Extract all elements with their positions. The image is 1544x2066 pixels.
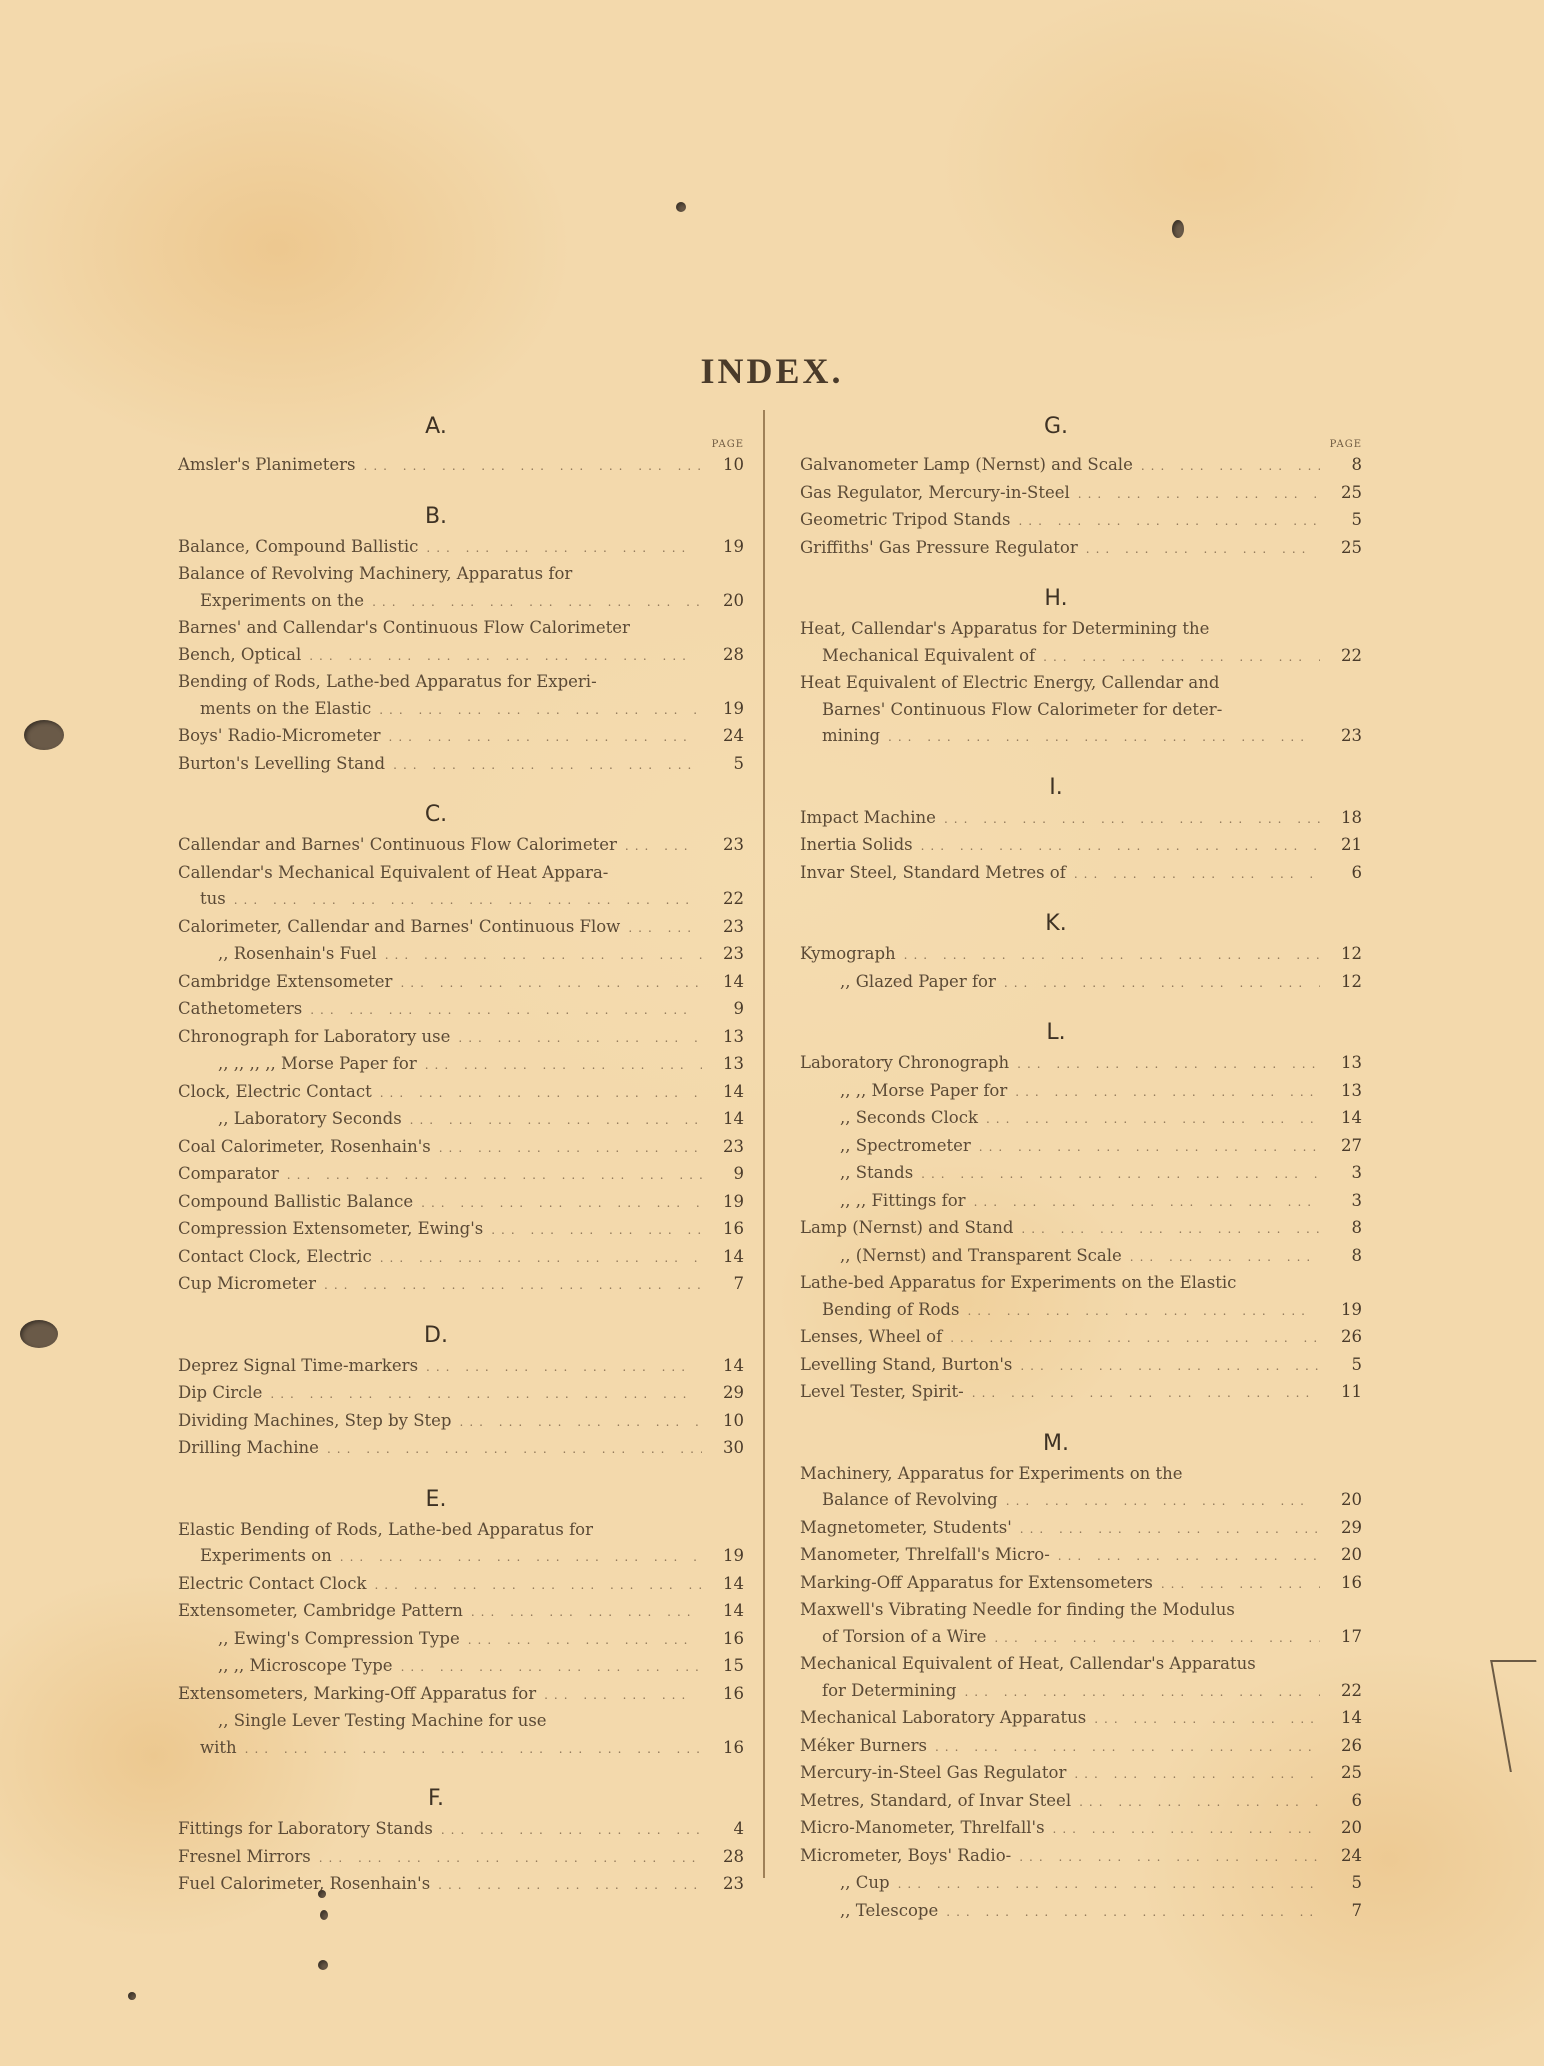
index-entry: Compound Ballistic Balance... ... ... ..… xyxy=(178,1189,744,1217)
dot-leader: ... ... ... ... ... ... ... ... ... ... … xyxy=(898,1871,1320,1898)
index-entry: Boys' Radio-Micrometer... ... ... ... ..… xyxy=(178,723,744,751)
entry-text: ,, Ewing's Compression Type xyxy=(218,1626,460,1653)
dot-leader: ... ... ... ... ... ... ... ... ... ... … xyxy=(1074,1761,1320,1788)
page-title: INDEX. xyxy=(0,350,1544,392)
section-gap xyxy=(800,751,1362,771)
dot-leader: ... ... ... ... ... ... ... ... ... ... … xyxy=(921,1161,1320,1188)
dot-leader: ... ... ... ... ... ... ... ... ... ... … xyxy=(1130,1244,1320,1271)
page-number: 7 xyxy=(710,1271,744,1298)
dot-leader: ... ... ... ... ... ... ... ... ... ... … xyxy=(400,970,702,997)
entry-text: ,, Single Lever Testing Machine for use xyxy=(218,1708,547,1735)
entry-text: Extensometer, Cambridge Pattern xyxy=(178,1598,463,1625)
entry-text: Boys' Radio-Micrometer xyxy=(178,723,381,750)
page-number: 8 xyxy=(1328,1243,1362,1270)
index-entry: Level Tester, Spirit-... ... ... ... ...… xyxy=(800,1379,1362,1407)
dot-leader: ... ... ... ... ... ... ... ... ... ... … xyxy=(1019,1844,1320,1871)
entry-text: Cambridge Extensometer xyxy=(178,969,392,996)
index-entry: Comparator... ... ... ... ... ... ... ..… xyxy=(178,1161,744,1189)
entry-text: ,, Laboratory Seconds xyxy=(218,1106,402,1133)
entry-text: Balance of Revolving Machinery, Apparatu… xyxy=(178,561,572,588)
section-letter-heading: I. xyxy=(800,771,1362,805)
page-number: 20 xyxy=(1328,1542,1362,1569)
dot-leader: ... ... ... ... ... ... ... ... ... ... … xyxy=(270,1381,702,1408)
index-entry: ,, Single Lever Testing Machine for usew… xyxy=(178,1708,744,1762)
entry-text: ,, Glazed Paper for xyxy=(840,969,996,996)
index-column-right: G.PAGEGalvanometer Lamp (Nernst) and Sca… xyxy=(800,410,1362,1925)
dot-leader: ... ... ... ... ... ... ... ... ... ... … xyxy=(1053,1816,1320,1843)
entry-text: ,, Telescope xyxy=(840,1898,938,1925)
entry-text: Geometric Tripod Stands xyxy=(800,507,1010,534)
dot-leader: ... ... ... ... ... ... ... ... ... ... … xyxy=(468,1627,702,1654)
entry-text: Balance of Revolving xyxy=(822,1487,998,1514)
page-number: 12 xyxy=(1328,941,1362,968)
page-number: 3 xyxy=(1328,1188,1362,1215)
dot-leader: ... ... ... ... ... ... ... ... ... ... … xyxy=(1141,453,1320,480)
page-number: 5 xyxy=(1328,1352,1362,1379)
page-number: 9 xyxy=(710,996,744,1023)
index-entry: Barnes' and Callendar's Continuous Flow … xyxy=(178,615,744,642)
entry-text: Chronograph for Laboratory use xyxy=(178,1024,450,1051)
dot-leader: ... ... ... ... ... ... ... ... ... ... … xyxy=(327,1436,702,1463)
entry-text: Contact Clock, Electric xyxy=(178,1244,372,1271)
index-entry: Electric Contact Clock... ... ... ... ..… xyxy=(178,1571,744,1599)
page-number: 13 xyxy=(710,1024,744,1051)
entry-text: Galvanometer Lamp (Nernst) and Scale xyxy=(800,452,1133,479)
entry-text: Gas Regulator, Mercury-in-Steel xyxy=(800,480,1070,507)
entry-text: Bending of Rods xyxy=(822,1297,959,1324)
entry-text: with xyxy=(200,1735,237,1762)
index-entry: Callendar and Barnes' Continuous Flow Ca… xyxy=(178,832,744,860)
index-entry: Cup Micrometer... ... ... ... ... ... ..… xyxy=(178,1271,744,1299)
index-entry: ,, Rosenhain's Fuel... ... ... ... ... .… xyxy=(178,941,744,969)
entry-text: Micrometer, Boys' Radio- xyxy=(800,1843,1011,1870)
index-entry: Fresnel Mirrors... ... ... ... ... ... .… xyxy=(178,1844,744,1872)
index-entry: ,, (Nernst) and Transparent Scale... ...… xyxy=(800,1243,1362,1271)
page-number: 5 xyxy=(1328,507,1362,534)
index-entry: Fittings for Laboratory Stands... ... ..… xyxy=(178,1816,744,1844)
section-gap xyxy=(178,1463,744,1483)
entry-text: Impact Machine xyxy=(800,805,936,832)
page-number: 6 xyxy=(1328,1788,1362,1815)
page-number: 4 xyxy=(710,1816,744,1843)
page-number: 6 xyxy=(1328,860,1362,887)
page-number: 20 xyxy=(1328,1815,1362,1842)
entry-text: Callendar and Barnes' Continuous Flow Ca… xyxy=(178,832,617,859)
entry-text: Bench, Optical xyxy=(178,642,301,669)
page-number: 14 xyxy=(710,1079,744,1106)
page-number: 29 xyxy=(1328,1515,1362,1542)
index-entry: Geometric Tripod Stands... ... ... ... .… xyxy=(800,507,1362,535)
dot-leader: ... ... ... ... ... ... ... ... ... ... … xyxy=(1086,536,1320,563)
entry-text: Bending of Rods, Lathe-bed Apparatus for… xyxy=(178,669,597,696)
dot-leader: ... ... ... ... ... ... ... ... ... ... … xyxy=(374,1572,702,1599)
index-entry: Griffiths' Gas Pressure Regulator... ...… xyxy=(800,535,1362,563)
entry-text: ,, (Nernst) and Transparent Scale xyxy=(840,1243,1122,1270)
dot-leader: ... ... ... ... ... ... ... ... ... ... … xyxy=(628,915,702,942)
section-gap xyxy=(800,562,1362,582)
dot-leader: ... ... ... ... ... ... ... ... ... ... … xyxy=(1058,1543,1320,1570)
dot-leader: ... ... ... ... ... ... ... ... ... ... … xyxy=(1017,1051,1320,1078)
index-entry: Heat, Callendar's Apparatus for Determin… xyxy=(800,616,1362,670)
entry-text: Barnes' Continuous Flow Calorimeter for … xyxy=(822,697,1222,724)
page-number: 14 xyxy=(710,1244,744,1271)
section-gap xyxy=(800,1407,1362,1427)
index-entry: Inertia Solids... ... ... ... ... ... ..… xyxy=(800,832,1362,860)
page-number: 7 xyxy=(1328,1898,1362,1925)
page-number: 26 xyxy=(1328,1733,1362,1760)
page-number: 14 xyxy=(1328,1105,1362,1132)
paper-tear xyxy=(1490,1660,1544,1772)
entry-text: Amsler's Planimeters xyxy=(178,452,356,479)
section-letter-heading: F. xyxy=(178,1782,744,1816)
index-entry: Galvanometer Lamp (Nernst) and Scale... … xyxy=(800,452,1362,480)
page-number: 15 xyxy=(710,1653,744,1680)
dot-leader: ... ... ... ... ... ... ... ... ... ... … xyxy=(438,1872,702,1899)
page-number: 14 xyxy=(710,969,744,996)
page-number: 25 xyxy=(1328,480,1362,507)
dot-leader: ... ... ... ... ... ... ... ... ... ... … xyxy=(1015,1079,1320,1106)
entry-text: Coal Calorimeter, Rosenhain's xyxy=(178,1134,431,1161)
index-entry: Extensometer, Cambridge Pattern... ... .… xyxy=(178,1598,744,1626)
dot-leader: ... ... ... ... ... ... ... ... ... ... … xyxy=(441,1817,702,1844)
entry-text: Compound Ballistic Balance xyxy=(178,1189,413,1216)
page-number: 23 xyxy=(710,914,744,941)
index-entry: Heat Equivalent of Electric Energy, Call… xyxy=(800,670,1362,751)
index-entry: Micrometer, Boys' Radio-... ... ... ... … xyxy=(800,1843,1362,1871)
dot-leader: ... ... ... ... ... ... ... ... ... ... … xyxy=(986,1106,1320,1133)
page-number: 14 xyxy=(1328,1705,1362,1732)
dot-leader: ... ... ... ... ... ... ... ... ... ... … xyxy=(426,1354,702,1381)
dot-leader: ... ... ... ... ... ... ... ... ... ... … xyxy=(319,1845,702,1872)
dot-leader: ... ... ... ... ... ... ... ... ... ... … xyxy=(1006,1488,1320,1515)
dot-leader: ... ... ... ... ... ... ... ... ... ... … xyxy=(964,1679,1320,1706)
dot-leader: ... ... ... ... ... ... ... ... ... ... … xyxy=(379,697,702,724)
dot-leader: ... ... ... ... ... ... ... ... ... ... … xyxy=(421,1190,702,1217)
entry-text: Machinery, Apparatus for Experiments on … xyxy=(800,1461,1183,1488)
page-number: 19 xyxy=(710,696,744,723)
index-entry: Machinery, Apparatus for Experiments on … xyxy=(800,1461,1362,1515)
page-number: 28 xyxy=(710,642,744,669)
entry-text: Marking-Off Apparatus for Extensometers xyxy=(800,1570,1153,1597)
dot-leader: ... ... ... ... ... ... ... ... ... ... … xyxy=(425,1052,702,1079)
section-letter-heading: D. xyxy=(178,1319,744,1353)
entry-text: Level Tester, Spirit- xyxy=(800,1379,964,1406)
dot-leader: ... ... ... ... ... ... ... ... ... ... … xyxy=(944,806,1320,833)
section-letter-heading: H. xyxy=(800,582,1362,616)
dot-leader: ... ... ... ... ... ... ... ... ... ... … xyxy=(946,1899,1320,1926)
page-number: 29 xyxy=(710,1380,744,1407)
index-entry: Metres, Standard, of Invar Steel... ... … xyxy=(800,1788,1362,1816)
entry-text: Cup Micrometer xyxy=(178,1271,316,1298)
dot-leader: ... ... ... ... ... ... ... ... ... ... … xyxy=(380,1245,702,1272)
page-number: 16 xyxy=(710,1735,744,1762)
index-entry: Bench, Optical... ... ... ... ... ... ..… xyxy=(178,642,744,670)
section-gap xyxy=(178,480,744,500)
page-number: 13 xyxy=(1328,1078,1362,1105)
page-number: 22 xyxy=(1328,1678,1362,1705)
page-number: 23 xyxy=(710,1134,744,1161)
page-number: 10 xyxy=(710,452,744,479)
index-column-left: A.PAGEAmsler's Planimeters... ... ... ..… xyxy=(178,410,744,1899)
index-entry: ,, Spectrometer... ... ... ... ... ... .… xyxy=(800,1133,1362,1161)
page-number: 8 xyxy=(1328,1215,1362,1242)
page-number: 23 xyxy=(710,1871,744,1898)
entry-text: Mechanical Equivalent of xyxy=(822,643,1035,670)
page-number: 23 xyxy=(710,832,744,859)
index-entry: Dip Circle... ... ... ... ... ... ... ..… xyxy=(178,1380,744,1408)
index-entry: Micro-Manometer, Threlfall's... ... ... … xyxy=(800,1815,1362,1843)
entry-text: Barnes' and Callendar's Continuous Flow … xyxy=(178,615,630,642)
page-number: 10 xyxy=(710,1408,744,1435)
dot-leader: ... ... ... ... ... ... ... ... ... ... … xyxy=(1094,1706,1320,1733)
index-entry: Maxwell's Vibrating Needle for finding t… xyxy=(800,1597,1362,1651)
binding-hole-bottom-2 xyxy=(320,1910,328,1920)
index-entry: Calorimeter, Callendar and Barnes' Conti… xyxy=(178,914,744,942)
index-entry: Fuel Calorimeter, Rosenhain's... ... ...… xyxy=(178,1871,744,1899)
index-entry: ,, ,, Microscope Type... ... ... ... ...… xyxy=(178,1653,744,1681)
dot-leader: ... ... ... ... ... ... ... ... ... ... … xyxy=(1079,1789,1320,1816)
section-letter-heading: L. xyxy=(800,1016,1362,1050)
page-number: 23 xyxy=(710,941,744,968)
entry-text: Inertia Solids xyxy=(800,832,913,859)
page-number: 18 xyxy=(1328,805,1362,832)
section-letter-heading: K. xyxy=(800,907,1362,941)
dot-leader: ... ... ... ... ... ... ... ... ... ... … xyxy=(967,1298,1320,1325)
section-letter-heading: M. xyxy=(800,1427,1362,1461)
index-entry: Contact Clock, Electric... ... ... ... .… xyxy=(178,1244,744,1272)
column-divider xyxy=(763,410,765,1878)
page-number: 24 xyxy=(710,723,744,750)
entry-text: Experiments on xyxy=(200,1543,332,1570)
index-entry: Manometer, Threlfall's Micro-... ... ...… xyxy=(800,1542,1362,1570)
binding-hole-bottom-3 xyxy=(318,1960,328,1970)
index-entry: Amsler's Planimeters... ... ... ... ... … xyxy=(178,452,744,480)
index-entry: Mechanical Equivalent of Heat, Callendar… xyxy=(800,1651,1362,1705)
entry-text: ,, ,, ,, ,, Morse Paper for xyxy=(218,1051,417,1078)
page-number: 13 xyxy=(1328,1050,1362,1077)
index-entry: Impact Machine... ... ... ... ... ... ..… xyxy=(800,805,1362,833)
dot-leader: ... ... ... ... ... ... ... ... ... ... … xyxy=(935,1734,1320,1761)
index-entry: Gas Regulator, Mercury-in-Steel... ... .… xyxy=(800,480,1362,508)
dot-leader: ... ... ... ... ... ... ... ... ... ... … xyxy=(426,535,702,562)
punch-hole-left-upper xyxy=(24,720,64,750)
entry-text: Laboratory Chronograph xyxy=(800,1050,1009,1077)
section-letter-heading: E. xyxy=(178,1483,744,1517)
page-number: 22 xyxy=(1328,643,1362,670)
page-number: 13 xyxy=(710,1051,744,1078)
index-entry: Lathe-bed Apparatus for Experiments on t… xyxy=(800,1270,1362,1324)
dot-leader: ... ... ... ... ... ... ... ... ... ... … xyxy=(921,833,1320,860)
dot-leader: ... ... ... ... ... ... ... ... ... ... … xyxy=(1018,508,1320,535)
dot-leader: ... ... ... ... ... ... ... ... ... ... … xyxy=(994,1625,1320,1652)
entry-text: Heat, Callendar's Apparatus for Determin… xyxy=(800,616,1209,643)
binding-hole-top-center xyxy=(676,202,686,212)
dot-leader: ... ... ... ... ... ... ... ... ... ... … xyxy=(234,887,702,914)
entry-text: tus xyxy=(200,886,226,913)
entry-text: Invar Steel, Standard Metres of xyxy=(800,860,1066,887)
index-entry: Callendar's Mechanical Equivalent of Hea… xyxy=(178,860,744,914)
entry-text: Mercury-in-Steel Gas Regulator xyxy=(800,1760,1066,1787)
entry-text: ,, Rosenhain's Fuel xyxy=(218,941,377,968)
entry-text: ments on the Elastic xyxy=(200,696,371,723)
page-number: 16 xyxy=(710,1681,744,1708)
dot-leader: ... ... ... ... ... ... ... ... ... ... … xyxy=(1020,1353,1320,1380)
dot-leader: ... ... ... ... ... ... ... ... ... ... … xyxy=(950,1325,1320,1352)
page-number: 28 xyxy=(710,1844,744,1871)
page-number: 30 xyxy=(710,1435,744,1462)
dot-leader: ... ... ... ... ... ... ... ... ... ... … xyxy=(380,1080,702,1107)
page-number: 9 xyxy=(710,1161,744,1188)
dot-leader: ... ... ... ... ... ... ... ... ... ... … xyxy=(460,1409,703,1436)
page-number: 14 xyxy=(710,1106,744,1133)
dot-leader: ... ... ... ... ... ... ... ... ... ... … xyxy=(1161,1571,1320,1598)
page-number: 8 xyxy=(1328,452,1362,479)
section-gap xyxy=(178,778,744,798)
page-number: 17 xyxy=(1328,1624,1362,1651)
dot-leader: ... ... ... ... ... ... ... ... ... ... … xyxy=(245,1736,702,1763)
entry-text: Lamp (Nernst) and Stand xyxy=(800,1215,1013,1242)
index-entry: Méker Burners... ... ... ... ... ... ...… xyxy=(800,1733,1362,1761)
page-number: 19 xyxy=(710,534,744,561)
section-gap xyxy=(178,1762,744,1782)
entry-text: Maxwell's Vibrating Needle for finding t… xyxy=(800,1597,1235,1624)
page-number: 19 xyxy=(1328,1297,1362,1324)
dot-leader: ... ... ... ... ... ... ... ... ... ... … xyxy=(1078,481,1320,508)
dot-leader: ... ... ... ... ... ... ... ... ... ... … xyxy=(471,1599,702,1626)
page-number: 16 xyxy=(710,1626,744,1653)
dot-leader: ... ... ... ... ... ... ... ... ... ... … xyxy=(904,942,1320,969)
entry-text: Micro-Manometer, Threlfall's xyxy=(800,1815,1045,1842)
entry-text: mining xyxy=(822,723,880,750)
dot-leader: ... ... ... ... ... ... ... ... ... ... … xyxy=(410,1107,702,1134)
index-entry: Elastic Bending of Rods, Lathe-bed Appar… xyxy=(178,1517,744,1571)
index-entry: Burton's Levelling Stand... ... ... ... … xyxy=(178,751,744,779)
entry-text: Experiments on the xyxy=(200,588,364,615)
page-number: 20 xyxy=(1328,1487,1362,1514)
index-entry: Kymograph... ... ... ... ... ... ... ...… xyxy=(800,941,1362,969)
entry-text: ,, ,, Microscope Type xyxy=(218,1653,393,1680)
dot-leader: ... ... ... ... ... ... ... ... ... ... … xyxy=(309,643,702,670)
dot-leader: ... ... ... ... ... ... ... ... ... ... … xyxy=(1004,970,1320,997)
index-entry: Mercury-in-Steel Gas Regulator... ... ..… xyxy=(800,1760,1362,1788)
dot-leader: ... ... ... ... ... ... ... ... ... ... … xyxy=(1021,1216,1320,1243)
index-entry: Laboratory Chronograph... ... ... ... ..… xyxy=(800,1050,1362,1078)
entry-text: Manometer, Threlfall's Micro- xyxy=(800,1542,1050,1569)
entry-text: Cathetometers xyxy=(178,996,302,1023)
entry-text: ,, ,, Morse Paper for xyxy=(840,1078,1007,1105)
page-number: 26 xyxy=(1328,1324,1362,1351)
page-number: 5 xyxy=(710,751,744,778)
index-entry: Mechanical Laboratory Apparatus... ... .… xyxy=(800,1705,1362,1733)
entry-text: ,, Seconds Clock xyxy=(840,1105,978,1132)
page-number: 14 xyxy=(710,1353,744,1380)
index-entry: ,, ,, ,, ,, Morse Paper for... ... ... .… xyxy=(178,1051,744,1079)
entry-text: Fresnel Mirrors xyxy=(178,1844,311,1871)
page-number: 14 xyxy=(710,1571,744,1598)
section-gap xyxy=(800,996,1362,1016)
entry-text: Clock, Electric Contact xyxy=(178,1079,372,1106)
index-entry: ,, ,, Fittings for... ... ... ... ... ..… xyxy=(800,1188,1362,1216)
binding-hole-bottom-4 xyxy=(128,1992,136,2000)
index-entry: Drilling Machine... ... ... ... ... ... … xyxy=(178,1435,744,1463)
index-entry: Lenses, Wheel of... ... ... ... ... ... … xyxy=(800,1324,1362,1352)
entry-text: Compression Extensometer, Ewing's xyxy=(178,1216,483,1243)
index-entry: Balance, Compound Ballistic... ... ... .… xyxy=(178,534,744,562)
index-entry: Bending of Rods, Lathe-bed Apparatus for… xyxy=(178,669,744,723)
dot-leader: ... ... ... ... ... ... ... ... ... ... … xyxy=(979,1134,1320,1161)
page-number: 22 xyxy=(710,886,744,913)
index-entry: Marking-Off Apparatus for Extensometers.… xyxy=(800,1570,1362,1598)
entry-text: Griffiths' Gas Pressure Regulator xyxy=(800,535,1078,562)
page-column-header: PAGE xyxy=(178,438,744,452)
entry-text: Calorimeter, Callendar and Barnes' Conti… xyxy=(178,914,620,941)
index-entry: Magnetometer, Students'... ... ... ... .… xyxy=(800,1515,1362,1543)
entry-text: Kymograph xyxy=(800,941,896,968)
page-number: 20 xyxy=(710,588,744,615)
page-number: 19 xyxy=(710,1189,744,1216)
entry-text: ,, Cup xyxy=(840,1870,890,1897)
entry-text: ,, Stands xyxy=(840,1160,913,1187)
dot-leader: ... ... ... ... ... ... ... ... ... ... … xyxy=(1020,1516,1320,1543)
index-entry: Lamp (Nernst) and Stand... ... ... ... .… xyxy=(800,1215,1362,1243)
index-entry: Invar Steel, Standard Metres of... ... .… xyxy=(800,860,1362,888)
entry-text: Elastic Bending of Rods, Lathe-bed Appar… xyxy=(178,1517,593,1544)
dot-leader: ... ... ... ... ... ... ... ... ... ... … xyxy=(287,1162,702,1189)
entry-text: Lenses, Wheel of xyxy=(800,1324,942,1351)
dot-leader: ... ... ... ... ... ... ... ... ... ... … xyxy=(972,1380,1320,1407)
index-entry: Coal Calorimeter, Rosenhain's... ... ...… xyxy=(178,1134,744,1162)
entry-text: Magnetometer, Students' xyxy=(800,1515,1012,1542)
page-column-header: PAGE xyxy=(800,438,1362,452)
page-number: 23 xyxy=(1328,723,1362,750)
entry-text: Drilling Machine xyxy=(178,1435,319,1462)
index-entry: Clock, Electric Contact... ... ... ... .… xyxy=(178,1079,744,1107)
dot-leader: ... ... ... ... ... ... ... ... ... ... … xyxy=(439,1135,702,1162)
section-letter-heading: C. xyxy=(178,798,744,832)
entry-text: Deprez Signal Time-markers xyxy=(178,1353,418,1380)
dot-leader: ... ... ... ... ... ... ... ... ... ... … xyxy=(385,942,702,969)
entry-text: Mechanical Equivalent of Heat, Callendar… xyxy=(800,1651,1256,1678)
index-entry: ,, Seconds Clock... ... ... ... ... ... … xyxy=(800,1105,1362,1133)
entry-text: Electric Contact Clock xyxy=(178,1571,366,1598)
page-number: 25 xyxy=(1328,535,1362,562)
index-entry: Cathetometers... ... ... ... ... ... ...… xyxy=(178,996,744,1024)
section-letter-heading: B. xyxy=(178,500,744,534)
entry-text: Metres, Standard, of Invar Steel xyxy=(800,1788,1071,1815)
entry-text: ,, ,, Fittings for xyxy=(840,1188,966,1215)
entry-text: Callendar's Mechanical Equivalent of Hea… xyxy=(178,860,608,887)
section-gap xyxy=(800,887,1362,907)
index-entry: Extensometers, Marking-Off Apparatus for… xyxy=(178,1681,744,1709)
index-entry: ,, Laboratory Seconds... ... ... ... ...… xyxy=(178,1106,744,1134)
dot-leader: ... ... ... ... ... ... ... ... ... ... … xyxy=(888,724,1320,751)
punch-hole-left-lower xyxy=(20,1320,58,1348)
index-entry: ,, Telescope... ... ... ... ... ... ... … xyxy=(800,1898,1362,1926)
entry-text: Burton's Levelling Stand xyxy=(178,751,385,778)
index-entry: Chronograph for Laboratory use... ... ..… xyxy=(178,1024,744,1052)
index-entry: Deprez Signal Time-markers... ... ... ..… xyxy=(178,1353,744,1381)
dot-leader: ... ... ... ... ... ... ... ... ... ... … xyxy=(625,833,702,860)
dot-leader: ... ... ... ... ... ... ... ... ... ... … xyxy=(544,1682,702,1709)
entry-text: Comparator xyxy=(178,1161,279,1188)
page-number: 16 xyxy=(1328,1570,1362,1597)
dot-leader: ... ... ... ... ... ... ... ... ... ... … xyxy=(401,1654,702,1681)
page-number: 12 xyxy=(1328,969,1362,996)
dot-leader: ... ... ... ... ... ... ... ... ... ... … xyxy=(974,1189,1320,1216)
entry-text: Extensometers, Marking-Off Apparatus for xyxy=(178,1681,536,1708)
index-entry: Cambridge Extensometer... ... ... ... ..… xyxy=(178,969,744,997)
index-entry: ,, Stands... ... ... ... ... ... ... ...… xyxy=(800,1160,1362,1188)
